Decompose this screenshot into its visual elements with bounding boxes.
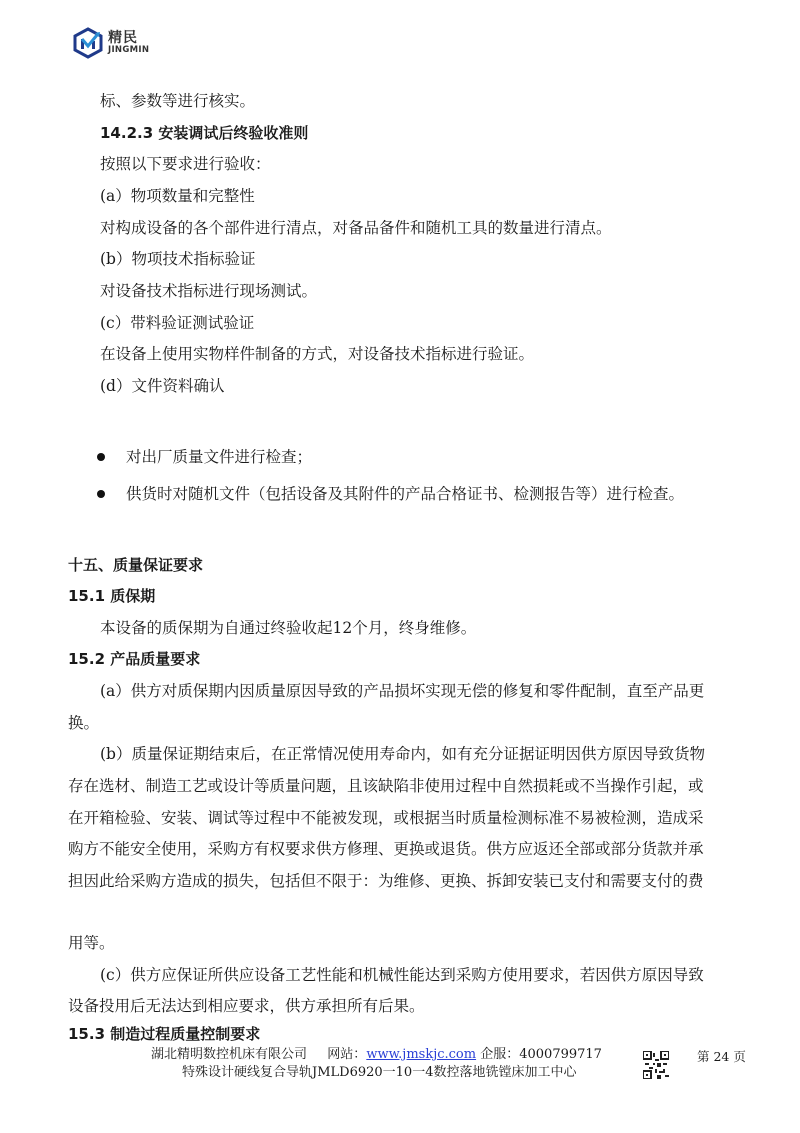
qr-code-icon: [643, 1051, 669, 1079]
logo-chinese-text: 精民: [108, 31, 149, 45]
company-logo: 精民 JINGMIN: [72, 27, 149, 59]
paragraph-b-line: 存在选材、制造工艺或设计等质量问题，且该缺陷非使用过程中自然损耗或不当操作引起，…: [68, 776, 704, 796]
footer-website-label: 网站：: [327, 1047, 366, 1062]
bullet-item: 对出厂质量文件进行检查；: [126, 447, 312, 467]
paragraph-text: 在设备上使用实物样件制备的方式，对设备技术指标进行验证。: [100, 344, 534, 364]
paragraph-text: 对构成设备的各个部件进行清点，对备品备件和随机工具的数量进行清点。: [100, 218, 612, 238]
footer-service-phone: 4000799717: [519, 1047, 602, 1062]
paragraph-a-line: (a）供方对质保期内因质量原因导致的产品损坏实现无偿的修复和零件配制，直至产品更: [100, 681, 704, 701]
page-number: 第 24 页: [697, 1047, 746, 1065]
paragraph-a-line: 换。: [68, 713, 99, 733]
paragraph-continuation: 标、参数等进行核实。: [100, 91, 255, 111]
footer-contact-line: 湖北精明数控机床有限公司 网站：www.jmskjc.com 企服：400079…: [151, 1047, 602, 1063]
footer-product-name: 特殊设计硬线复合导轨JMLD6920一10一4数控落地铣镗床加工中心: [182, 1065, 576, 1081]
bullet-icon: [97, 490, 105, 498]
paragraph-text: 按照以下要求进行验收：: [100, 154, 271, 174]
jingmin-logo-icon: [72, 27, 104, 59]
heading-14-2-3: 14.2.3 安装调试后终验收准则: [100, 123, 308, 143]
heading-15-2: 15.2 产品质量要求: [68, 649, 200, 669]
section-15-title: 十五、质量保证要求: [68, 555, 203, 575]
paragraph-c-line: (c）供方应保证所供应设备工艺性能和机械性能达到采购方使用要求，若因供方原因导致: [100, 965, 704, 985]
heading-15-3: 15.3 制造过程质量控制要求: [68, 1024, 260, 1044]
paragraph-b-line: 担因此给采购方造成的损失，包括但不限于：为维修、更换、拆卸安装已支付和需要支付的…: [68, 871, 704, 891]
item-b-label: (b）物项技术指标验证: [100, 249, 255, 269]
item-d-label: (d）文件资料确认: [100, 376, 224, 396]
logo-english-text: JINGMIN: [108, 46, 149, 55]
footer-website-link[interactable]: www.jmskjc.com: [366, 1047, 476, 1062]
footer-company: 湖北精明数控机床有限公司: [151, 1047, 307, 1062]
paragraph-c-line: 设备投用后无法达到相应要求，供方承担所有后果。: [68, 996, 425, 1016]
paragraph-text: 对设备技术指标进行现场测试。: [100, 281, 317, 301]
footer-service-label: 企服：: [480, 1047, 519, 1062]
paragraph-b-line: (b）质量保证期结束后，在正常情况使用寿命内，如有充分证据证明因供方原因导致货物: [100, 744, 705, 764]
paragraph-b-line: 在开箱检验、安装、调试等过程中不能被发现，或根据当时质量检测标准不易被检测，造成…: [68, 808, 704, 828]
bullet-item: 供货时对随机文件（包括设备及其附件的产品合格证书、检测报告等）进行检查。: [126, 484, 684, 504]
paragraph-b-line: 用等。: [68, 933, 115, 953]
item-a-label: (a）物项数量和完整性: [100, 186, 255, 206]
paragraph-b-line: 购方不能安全使用，采购方有权要求供方修理、更换或退货。供方应返还全部或部分货款并…: [68, 839, 704, 859]
paragraph-warranty: 本设备的质保期为自通过终验收起12个月，终身维修。: [100, 618, 476, 638]
heading-15-1: 15.1 质保期: [68, 586, 155, 606]
bullet-icon: [97, 453, 105, 461]
item-c-label: (c）带料验证测试验证: [100, 313, 254, 333]
